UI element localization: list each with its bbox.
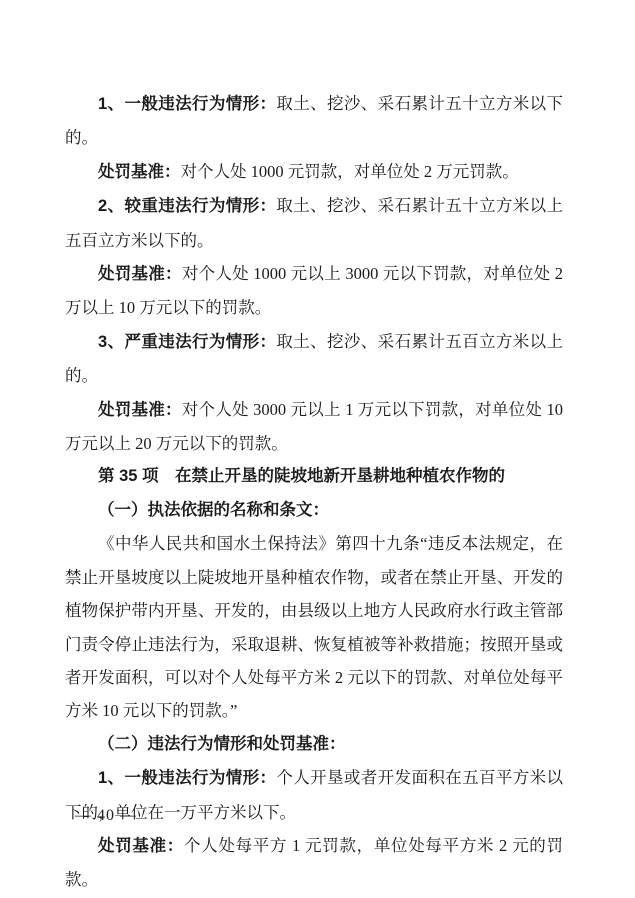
paragraph-text: 《中华人民共和国水土保持法》第四十九条“违反本法规定，在禁止开垦坡度以上陡坡地开… <box>65 534 563 720</box>
document-body: 1、一般违法行为情形：取土、挖沙、采石累计五十立方米以下的。 处罚基准：对个人处… <box>65 87 563 897</box>
paragraph-label: 3、严重违法行为情形： <box>98 333 276 351</box>
heading-text: （二）违法行为情形和处罚基准： <box>98 735 346 753</box>
paragraph-label: 处罚基准： <box>98 837 184 855</box>
subsection-heading-2: （二）违法行为情形和处罚基准： <box>65 728 563 761</box>
section-heading-item-35: 第 35 项 在禁止开垦的陡坡地新开垦耕地种植农作物的 <box>65 460 563 493</box>
paragraph-item-1: 1、一般违法行为情形：取土、挖沙、采石累计五十立方米以下的。 <box>65 87 563 155</box>
subsection-heading-1: （一）执法依据的名称和条文： <box>65 494 563 527</box>
paragraph-label: 1、一般违法行为情形： <box>98 769 276 787</box>
paragraph-label: 处罚基准： <box>98 401 182 419</box>
page-footer: — 40 — <box>75 806 137 826</box>
paragraph-penalty-1b: 处罚基准：个人处每平方 1 元罚款，单位处每平方米 2 元的罚款。 <box>65 829 563 897</box>
paragraph-label: 处罚基准： <box>98 163 181 181</box>
paragraph-text: 对个人处 1000 元罚款，对单位处 2 万元罚款。 <box>181 162 519 181</box>
heading-text: （一）执法依据的名称和条文： <box>98 501 329 519</box>
paragraph-item-3: 3、严重违法行为情形：取土、挖沙、采石累计五百立方米以上的。 <box>65 325 563 393</box>
heading-text: 第 35 项 在禁止开垦的陡坡地新开垦耕地种植农作物的 <box>98 467 505 485</box>
page-number: — 40 — <box>75 807 137 824</box>
paragraph-penalty-3: 处罚基准：对个人处 3000 元以上 1 万元以下罚款，对单位处 10 万元以上… <box>65 393 563 461</box>
paragraph-label: 处罚基准： <box>98 265 182 283</box>
document-page: 1、一般违法行为情形：取土、挖沙、采石累计五十立方米以下的。 处罚基准：对个人处… <box>0 0 635 898</box>
paragraph-label: 2、较重违法行为情形： <box>98 197 276 215</box>
paragraph-penalty-2: 处罚基准：对个人处 1000 元以上 3000 元以下罚款，对单位处 2 万以上… <box>65 257 563 325</box>
paragraph-law-citation: 《中华人民共和国水土保持法》第四十九条“违反本法规定，在禁止开垦坡度以上陡坡地开… <box>65 527 563 727</box>
paragraph-label: 1、一般违法行为情形： <box>98 95 276 113</box>
paragraph-item-2: 2、较重违法行为情形：取土、挖沙、采石累计五十立方米以上五百立方米以下的。 <box>65 189 563 257</box>
paragraph-item-1b: 1、一般违法行为情形：个人开垦或者开发面积在五百平方米以下的，单位在一万平方米以… <box>65 761 563 829</box>
paragraph-penalty-1: 处罚基准：对个人处 1000 元罚款，对单位处 2 万元罚款。 <box>65 155 563 189</box>
